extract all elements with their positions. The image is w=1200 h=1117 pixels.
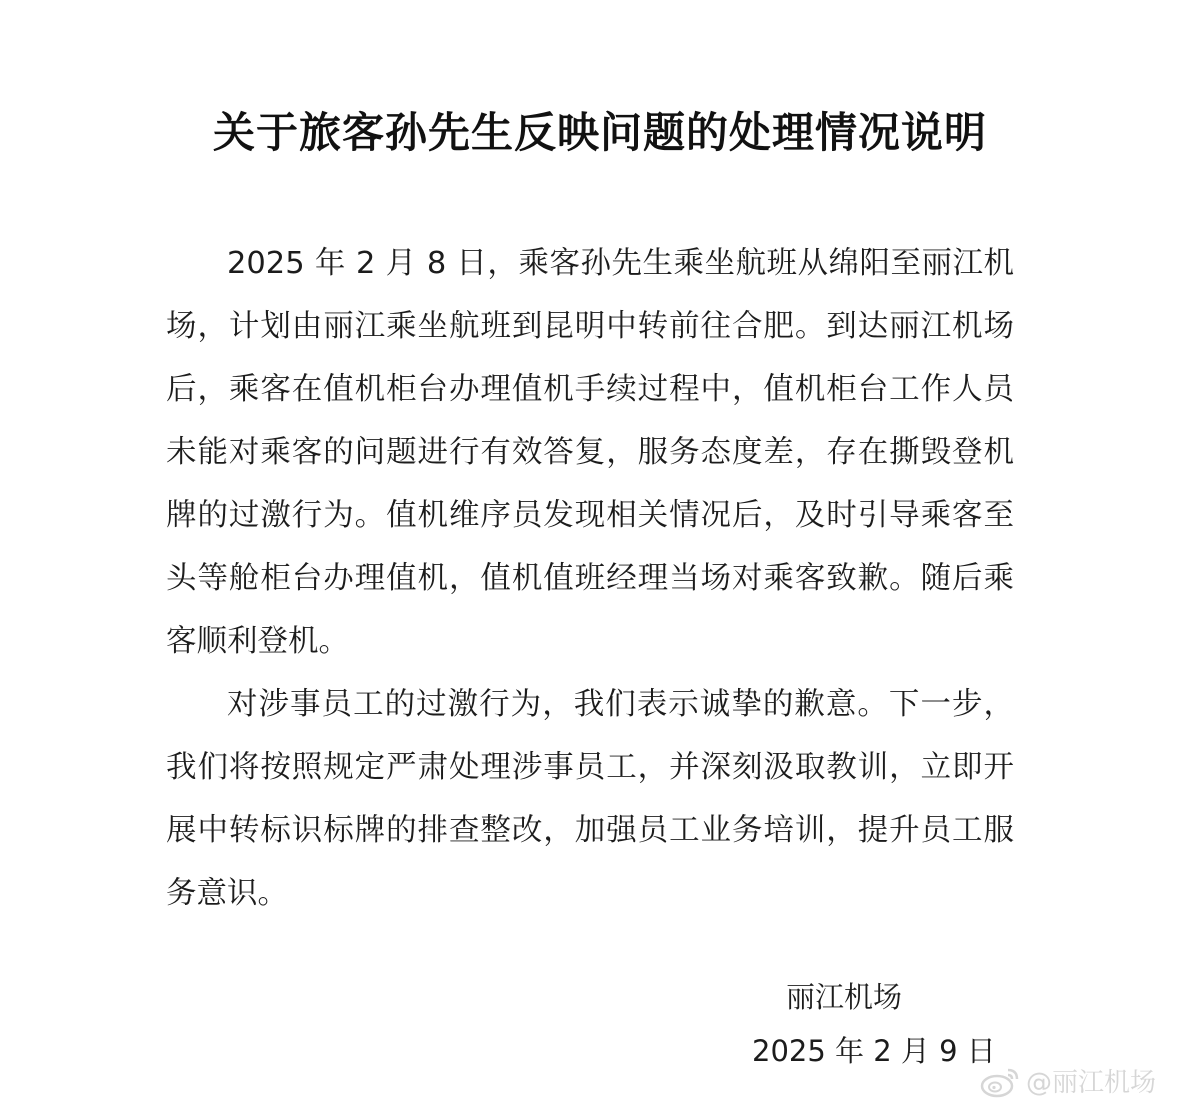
weibo-icon <box>980 1064 1022 1098</box>
weibo-watermark: @丽江机场 <box>980 1062 1156 1099</box>
paragraph-incident: 2025 年 2 月 8 日，乘客孙先生乘坐航班从绵阳至丽江机场，计划由丽江乘坐… <box>166 232 1014 673</box>
paragraph-apology: 对涉事员工的过激行为，我们表示诚挚的歉意。下一步，我们将按照规定严肃处理涉事员工… <box>166 673 1014 925</box>
watermark-text: @丽江机场 <box>1026 1062 1156 1099</box>
document-title: 关于旅客孙先生反映问题的处理情况说明 <box>0 105 1200 161</box>
document-page: 关于旅客孙先生反映问题的处理情况说明 2025 年 2 月 8 日，乘客孙先生乘… <box>0 0 1200 1117</box>
document-body: 2025 年 2 月 8 日，乘客孙先生乘坐航班从绵阳至丽江机场，计划由丽江乘坐… <box>166 232 1014 925</box>
signature-date: 2025 年 2 月 9 日 <box>752 1029 996 1073</box>
signature-organization: 丽江机场 <box>786 975 902 1019</box>
